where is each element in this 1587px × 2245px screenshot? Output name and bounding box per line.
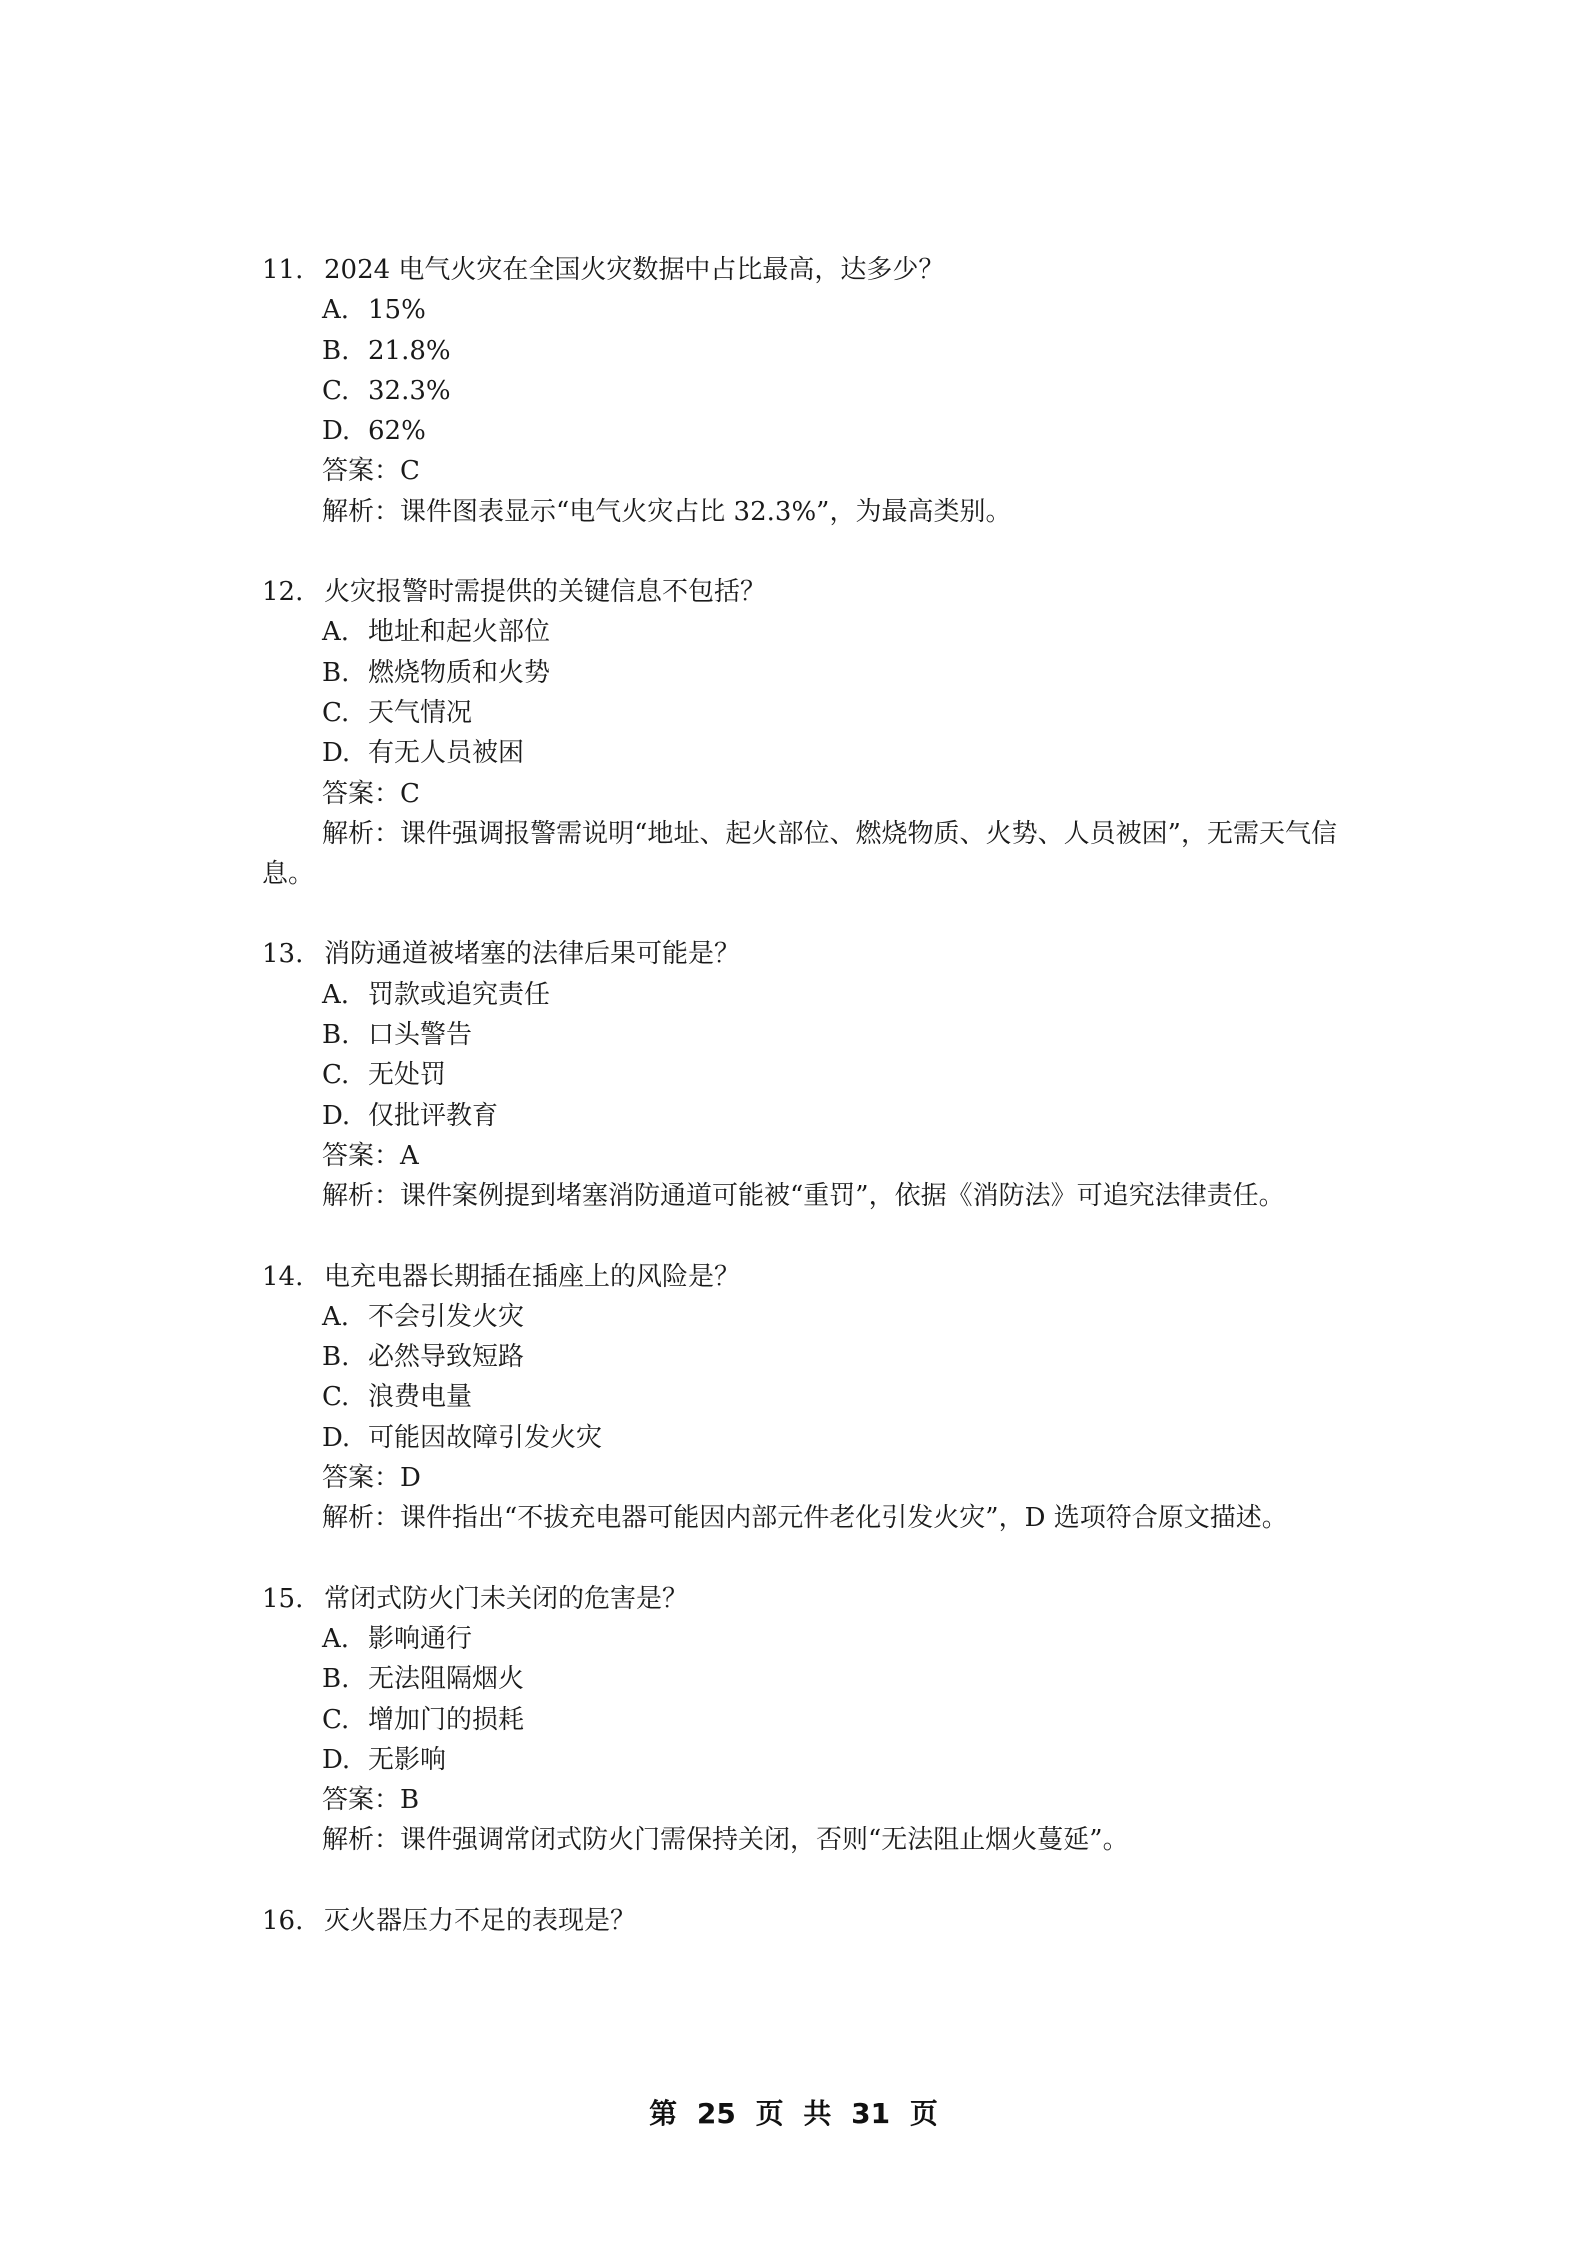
option-letter: D. (322, 1418, 368, 1458)
answer-line: 答案：C (262, 774, 1337, 814)
explanation-text: 解析：课件强调报警需说明“地址、起火部位、燃烧物质、火势、人员被困”，无需天气信… (262, 814, 1337, 895)
explanation-text: 解析：课件强调常闭式防火门需保持关闭，否则“无法阻止烟火蔓延”。 (262, 1820, 1337, 1860)
option-b: B.无法阻隔烟火 (262, 1659, 1337, 1699)
option-letter: C. (322, 693, 368, 733)
option-a: A.罚款或追究责任 (262, 975, 1337, 1015)
explanation-text: 解析：课件指出“不拔充电器可能因内部元件老化引发火灾”，D 选项符合原文描述。 (262, 1498, 1337, 1538)
option-text: 不会引发火灾 (368, 1302, 524, 1332)
option-letter: B. (322, 653, 368, 693)
question-item: 11. 2024 电气火灾在全国火灾数据中占比最高，达多少？ A.15% B.2… (262, 250, 1337, 532)
option-a: A.影响通行 (262, 1619, 1337, 1659)
question-text: 灭火器压力不足的表现是？ (324, 1901, 1337, 1941)
option-letter: C. (322, 371, 368, 411)
option-d: D.62% (262, 411, 1337, 451)
option-text: 32.3% (368, 376, 451, 406)
question-number: 12. (262, 572, 324, 612)
option-c: C.无处罚 (262, 1055, 1337, 1095)
answer-line: 答案：A (262, 1136, 1337, 1176)
option-letter: A. (322, 975, 368, 1015)
option-a: A.地址和起火部位 (262, 612, 1337, 652)
explanation-text: 解析：课件案例提到堵塞消防通道可能被“重罚”，依据《消防法》可追究法律责任。 (262, 1176, 1337, 1216)
question-item: 13. 消防通道被堵塞的法律后果可能是？ A.罚款或追究责任 B.口头警告 C.… (262, 934, 1337, 1216)
option-letter: A. (322, 290, 368, 330)
option-letter: D. (322, 733, 368, 773)
question-title: 15. 常闭式防火门未关闭的危害是？ (262, 1579, 1337, 1619)
document-page: 11. 2024 电气火灾在全国火灾数据中占比最高，达多少？ A.15% B.2… (0, 0, 1587, 2245)
question-title: 11. 2024 电气火灾在全国火灾数据中占比最高，达多少？ (262, 250, 1337, 290)
option-text: 天气情况 (368, 698, 472, 728)
option-b: B.口头警告 (262, 1015, 1337, 1055)
option-letter: A. (322, 1297, 368, 1337)
option-b: B.必然导致短路 (262, 1337, 1337, 1377)
option-d: D.可能因故障引发火灾 (262, 1418, 1337, 1458)
question-list: 11. 2024 电气火灾在全国火灾数据中占比最高，达多少？ A.15% B.2… (262, 250, 1337, 1981)
question-title: 13. 消防通道被堵塞的法律后果可能是？ (262, 934, 1337, 974)
option-text: 可能因故障引发火灾 (368, 1423, 602, 1453)
option-letter: D. (322, 1740, 368, 1780)
option-letter: B. (322, 1659, 368, 1699)
answer-line: 答案：C (262, 451, 1337, 491)
answer-line: 答案：B (262, 1780, 1337, 1820)
question-number: 15. (262, 1579, 324, 1619)
option-text: 有无人员被困 (368, 738, 524, 768)
option-b: B.21.8% (262, 331, 1337, 371)
question-item: 14. 电充电器长期插在插座上的风险是？ A.不会引发火灾 B.必然导致短路 C… (262, 1257, 1337, 1539)
option-letter: A. (322, 612, 368, 652)
option-d: D.无影响 (262, 1740, 1337, 1780)
question-text: 火灾报警时需提供的关键信息不包括？ (324, 572, 1337, 612)
option-text: 15% (368, 295, 426, 325)
option-text: 无法阻隔烟火 (368, 1664, 524, 1694)
option-text: 仅批评教育 (368, 1101, 498, 1131)
question-number: 11. (262, 250, 324, 290)
option-text: 地址和起火部位 (368, 617, 550, 647)
option-letter: C. (322, 1700, 368, 1740)
option-text: 62% (368, 416, 426, 446)
option-d: D.有无人员被困 (262, 733, 1337, 773)
question-text: 2024 电气火灾在全国火灾数据中占比最高，达多少？ (324, 250, 1337, 290)
option-text: 罚款或追究责任 (368, 980, 550, 1010)
option-letter: B. (322, 1337, 368, 1377)
option-c: C.32.3% (262, 371, 1337, 411)
page-number-footer: 第 25 页 共 31 页 (0, 2092, 1587, 2132)
answer-line: 答案：D (262, 1458, 1337, 1498)
explanation-text: 解析：课件图表显示“电气火灾占比 32.3%”，为最高类别。 (262, 492, 1337, 532)
option-a: A.15% (262, 290, 1337, 330)
question-number: 16. (262, 1901, 324, 1941)
option-text: 口头警告 (368, 1020, 472, 1050)
question-number: 13. (262, 934, 324, 974)
option-text: 必然导致短路 (368, 1342, 524, 1372)
option-text: 21.8% (368, 336, 451, 366)
option-text: 影响通行 (368, 1624, 472, 1654)
option-letter: B. (322, 331, 368, 371)
option-text: 燃烧物质和火势 (368, 658, 550, 688)
question-number: 14. (262, 1257, 324, 1297)
question-item: 12. 火灾报警时需提供的关键信息不包括？ A.地址和起火部位 B.燃烧物质和火… (262, 572, 1337, 894)
option-letter: D. (322, 1096, 368, 1136)
option-a: A.不会引发火灾 (262, 1297, 1337, 1337)
question-text: 电充电器长期插在插座上的风险是？ (324, 1257, 1337, 1297)
option-d: D.仅批评教育 (262, 1096, 1337, 1136)
question-title: 16. 灭火器压力不足的表现是？ (262, 1901, 1337, 1941)
question-text: 消防通道被堵塞的法律后果可能是？ (324, 934, 1337, 974)
option-b: B.燃烧物质和火势 (262, 653, 1337, 693)
option-letter: B. (322, 1015, 368, 1055)
option-text: 浪费电量 (368, 1382, 472, 1412)
option-c: C.增加门的损耗 (262, 1700, 1337, 1740)
option-letter: D. (322, 411, 368, 451)
option-text: 无处罚 (368, 1060, 446, 1090)
option-c: C.天气情况 (262, 693, 1337, 733)
option-letter: C. (322, 1377, 368, 1417)
option-c: C.浪费电量 (262, 1377, 1337, 1417)
option-text: 无影响 (368, 1745, 446, 1775)
question-title: 14. 电充电器长期插在插座上的风险是？ (262, 1257, 1337, 1297)
question-title: 12. 火灾报警时需提供的关键信息不包括？ (262, 572, 1337, 612)
option-letter: C. (322, 1055, 368, 1095)
option-letter: A. (322, 1619, 368, 1659)
question-item: 15. 常闭式防火门未关闭的危害是？ A.影响通行 B.无法阻隔烟火 C.增加门… (262, 1579, 1337, 1861)
option-text: 增加门的损耗 (368, 1705, 524, 1735)
question-text: 常闭式防火门未关闭的危害是？ (324, 1579, 1337, 1619)
question-item: 16. 灭火器压力不足的表现是？ (262, 1901, 1337, 1941)
